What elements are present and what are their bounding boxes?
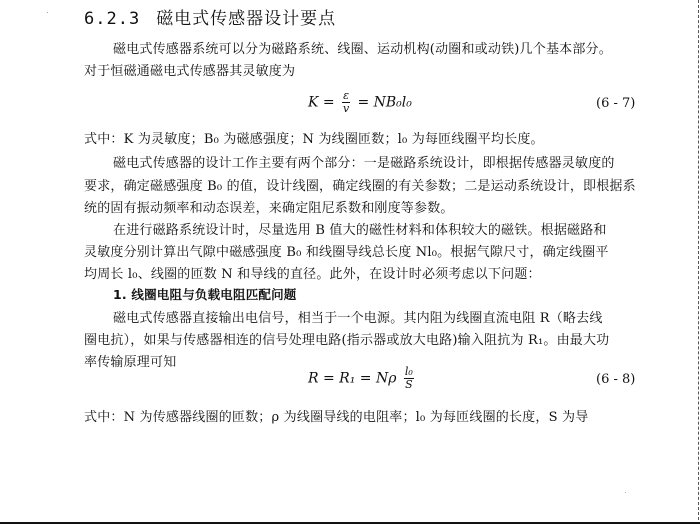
paragraph-line: 要求，确定磁感强度 B₀ 的值，设计线圈，确定线圈的有关参数；二是运动系统设计，… <box>84 175 636 194</box>
paragraph-line: 均周长 l₀、线圈的匝数 N 和导线的直径。此外，在设计时必须考虑以下问题： <box>84 263 541 282</box>
equation-fraction: l₀ S <box>404 366 414 391</box>
paragraph-line: 率传输原理可知 <box>84 351 176 370</box>
paragraph-line: 在进行磁路系统设计时，尽量选用 B 值大的磁性材料和体积较大的磁铁。根据磁路和 <box>113 219 607 238</box>
section-title: 磁电式传感器设计要点 <box>156 9 336 29</box>
paragraph-line: 磁电式传感器系统可以分为磁路系统、线圈、运动机构(动圈和或动铁)几个基本部分。 <box>113 38 612 57</box>
equation-lhs: K = <box>308 95 335 111</box>
paragraph-line: 磁电式传感器的设计工作主要有两个部分：一是磁路系统设计，即根据传感器灵敏度的 <box>113 152 615 171</box>
equation-number: (6 - 7) <box>596 96 635 111</box>
equation-6-8: R = R₁ = Nρ l₀ S <box>308 366 417 391</box>
scan-speck <box>508 186 509 187</box>
paragraph-line: 圈电抗），如果与传感器相连的信号处理电路(指示器或放大电路)输入阻抗为 R₁。由… <box>84 329 609 348</box>
paragraph-line: 式中：K 为灵敏度；B₀ 为磁感强度；N 为线圈匝数；l₀ 为每匝线圈平均长度。 <box>84 128 544 147</box>
scan-speck <box>625 492 626 493</box>
subsection-heading: 1. 线圈电阻与负载电阻匹配问题 <box>113 285 297 303</box>
equation-number: (6 - 8) <box>596 372 635 387</box>
fraction-denominator: v <box>342 103 350 115</box>
page-edge <box>697 0 699 520</box>
equation-6-7: K = ε v = NB₀l₀ <box>308 90 412 115</box>
equation-fraction: ε v <box>342 90 350 115</box>
paragraph-line: 磁电式传感器直接输出电信号，相当于一个电源。其内阻为线圈直流电阻 R（略去线 <box>113 307 603 326</box>
scan-speck <box>47 12 48 13</box>
document-page: 6.2.3磁电式传感器设计要点 磁电式传感器系统可以分为磁路系统、线圈、运动机构… <box>0 0 700 524</box>
paragraph-line: 灵敏度分别计算出气隙中磁感强度 B₀ 和线圈导线总长度 Nl₀。根据气隙尺寸，确… <box>84 241 609 260</box>
paragraph-line: 式中：N 为传感器线圈的匝数；ρ 为线圈导线的电阻率；l₀ 为每匝线圈的长度，S… <box>84 406 588 425</box>
equation-rhs: = NB₀l₀ <box>357 95 411 111</box>
section-heading: 6.2.3磁电式传感器设计要点 <box>84 4 336 29</box>
fraction-denominator: S <box>404 379 414 391</box>
equation-lhs: R = R₁ = Nρ <box>308 371 396 387</box>
section-number: 6.2.3 <box>84 9 140 29</box>
paragraph-line: 统的固有振动频率和动态误差，来确定阻尼系数和刚度等参数。 <box>84 197 454 216</box>
paragraph-line: 对于恒磁通磁电式传感器其灵敏度为 <box>84 60 295 79</box>
